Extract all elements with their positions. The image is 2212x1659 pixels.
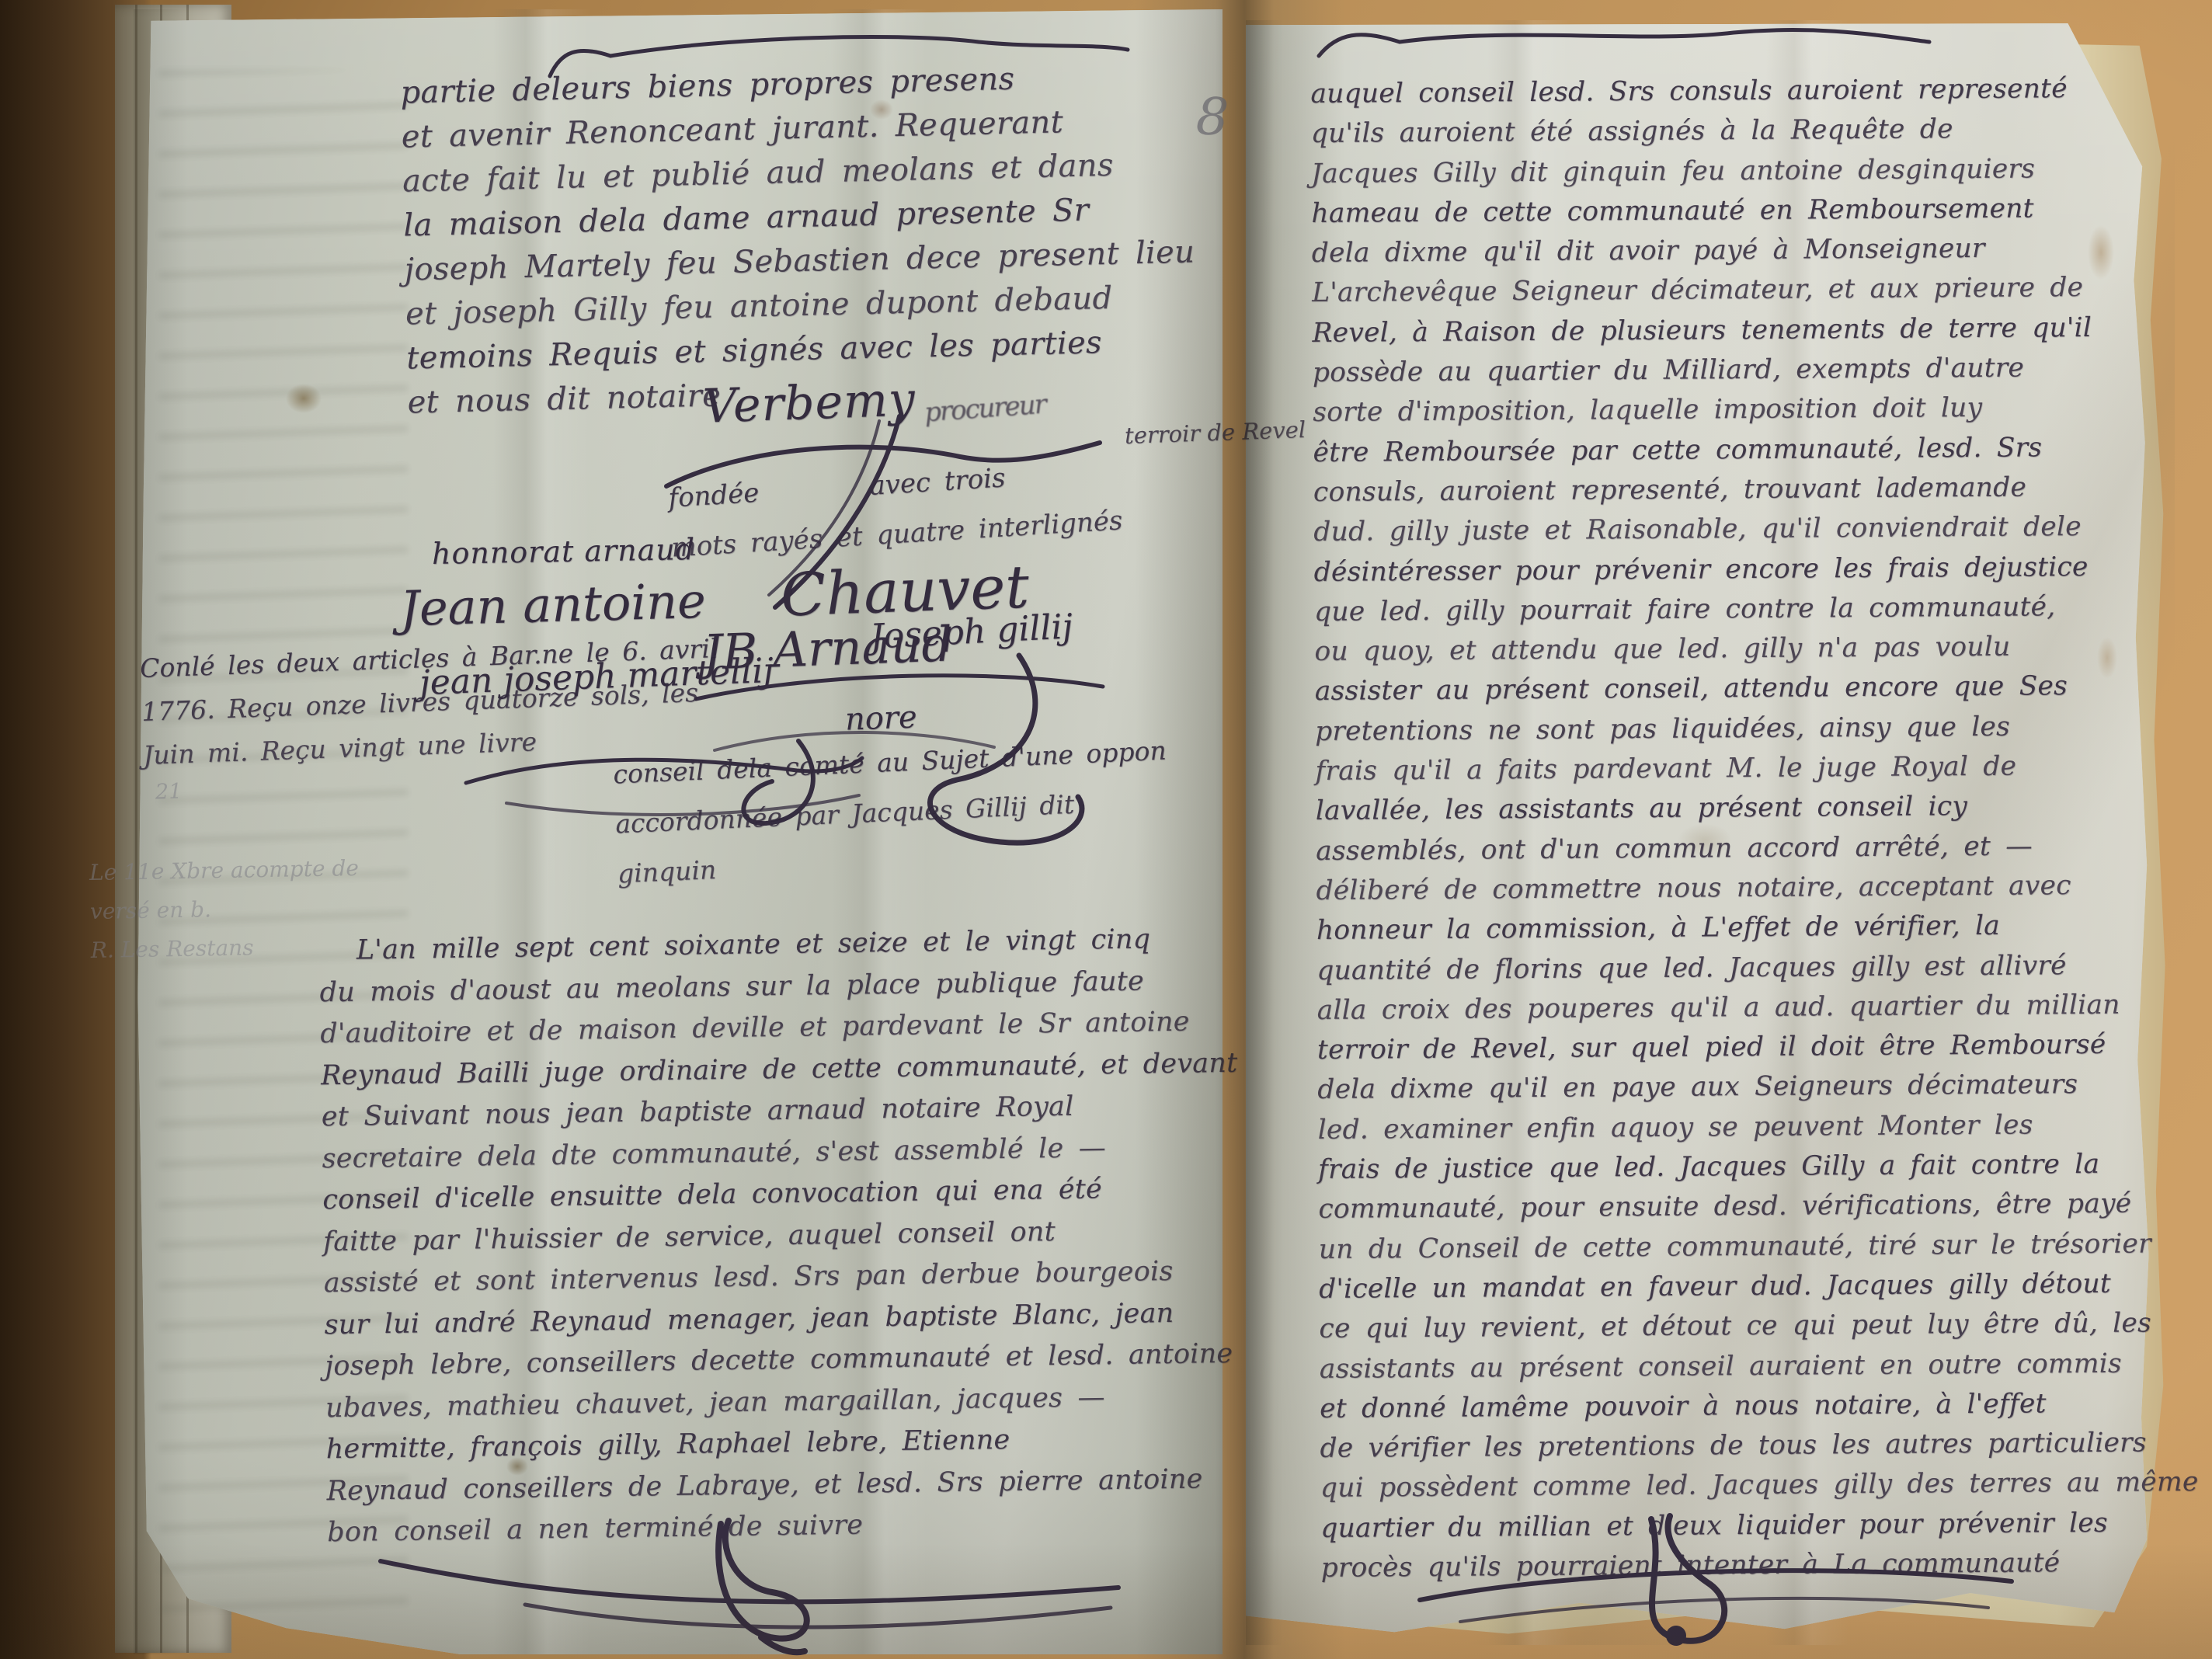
manuscript-line: dela dixme qu'il en paye aux Seigneurs d… bbox=[1317, 1064, 2196, 1110]
manuscript-line: possède au quartier du Milliard, exempts… bbox=[1313, 347, 2191, 393]
manuscript-line: communauté, pour ensuite desd. vérificat… bbox=[1318, 1184, 2196, 1229]
manuscript-line: lavallée, les assistants au présent cons… bbox=[1316, 785, 2194, 831]
manuscript-line: Le 11e Xbre acompte de bbox=[89, 849, 360, 892]
manuscript-line: déliberé de commettre nous notaire, acce… bbox=[1316, 865, 2194, 911]
manuscript-line: Revel, à Raison de plusieurs tenements d… bbox=[1312, 308, 2190, 353]
manuscript-line: d'icelle un mandat en faveur dud. Jacque… bbox=[1319, 1264, 2197, 1309]
manuscript-line: L'archevêque Seigneur décimateur, et aux… bbox=[1312, 268, 2190, 314]
signature-jean-antoine: Jean antoine bbox=[399, 572, 707, 637]
manuscript-photo: { "colors": { "ink": "#342c3e", "pencil"… bbox=[0, 0, 2212, 1659]
manuscript-line: et donné lamême pouvoir à nous notaire, … bbox=[1320, 1383, 2198, 1429]
manuscript-line: terroir de Revel, sur quel pied il doit … bbox=[1317, 1024, 2196, 1070]
signature-honnorat-arnaud: honnorat arnaud bbox=[432, 532, 696, 571]
manuscript-line: versé en b. bbox=[90, 888, 360, 931]
manuscript-line: être Remboursée par cette communauté, le… bbox=[1313, 427, 2191, 473]
manuscript-line: quantité de florins que led. Jacques gil… bbox=[1316, 945, 2195, 991]
manuscript-line: led. examiner enfin aquoy se peuvent Mon… bbox=[1318, 1104, 2196, 1150]
council-deliberation-text: auquel conseil lesd. Srs consuls auroien… bbox=[1310, 68, 2199, 1588]
manuscript-line: frais de justice que led. Jacques Gilly … bbox=[1318, 1144, 2196, 1190]
sheet-edge-line bbox=[135, 5, 137, 1653]
manuscript-line: un du Conseil de cette communauté, tiré … bbox=[1319, 1224, 2197, 1270]
session-margin-note: conseil dela comté au Sujet d'une oppona… bbox=[612, 726, 1171, 899]
manuscript-line: ou quoy, et attendu que led. gilly n'a p… bbox=[1314, 626, 2193, 672]
manuscript-line: assistants au présent conseil auraient e… bbox=[1320, 1344, 2198, 1389]
pencil-mark: 21 bbox=[155, 779, 182, 804]
manuscript-line: pretentions ne sont pas liquidées, ainsy… bbox=[1315, 706, 2193, 752]
manuscript-line: Jacques Gilly dit ginquin feu antoine de… bbox=[1311, 148, 2189, 194]
table-left-edge bbox=[0, 0, 151, 1659]
left-bottom-paraph bbox=[373, 1513, 1142, 1657]
closing-block: partie deleurs biens propres presenset a… bbox=[400, 54, 1198, 426]
manuscript-line: assemblés, ont d'un commun accord arrêté… bbox=[1316, 826, 2194, 871]
manuscript-line: alla croix des pouperes qu'il a aud. qua… bbox=[1316, 985, 2195, 1031]
manuscript-line: consuls, auroient representé, trouvant l… bbox=[1313, 467, 2192, 513]
manuscript-line: auquel conseil lesd. Srs consuls auroien… bbox=[1310, 68, 2189, 114]
right-top-stroke bbox=[1314, 22, 1935, 68]
manuscript-line: dud. gilly juste et Raisonable, qu'il co… bbox=[1313, 506, 2192, 552]
manuscript-line: honneur la commission, à L'effet de véri… bbox=[1316, 905, 2195, 951]
deliberation-text: L'an mille sept cent soixante et seize e… bbox=[318, 918, 1243, 1554]
manuscript-line: frais qu'il a faits pardevant M. le juge… bbox=[1315, 746, 2193, 791]
manuscript-line: assister au présent conseil, attendu enc… bbox=[1315, 666, 2193, 712]
manuscript-line: hameau de cette communauté en Remboursem… bbox=[1311, 188, 2189, 234]
manuscript-line: dela dixme qu'il dit avoir payé à Monsei… bbox=[1312, 228, 2190, 273]
manuscript-line: qui possèdent comme led. Jacques gilly d… bbox=[1320, 1462, 2199, 1508]
manuscript-line: qu'ils auroient été assignés à la Requêt… bbox=[1311, 108, 2189, 154]
manuscript-line: sorte d'imposition, laquelle imposition … bbox=[1313, 387, 2191, 433]
page-number: 8 bbox=[1195, 86, 1230, 147]
manuscript-line: de vérifier les pretentions de tous les … bbox=[1320, 1423, 2198, 1469]
manuscript-line: désintéresser pour prévenir encore les f… bbox=[1314, 547, 2193, 593]
manuscript-line: ce qui luy revient, et détout ce qui peu… bbox=[1319, 1303, 2197, 1349]
right-bottom-paraph bbox=[1414, 1505, 2019, 1657]
manuscript-line: que led. gilly pourrait faire contre la … bbox=[1314, 586, 2193, 632]
